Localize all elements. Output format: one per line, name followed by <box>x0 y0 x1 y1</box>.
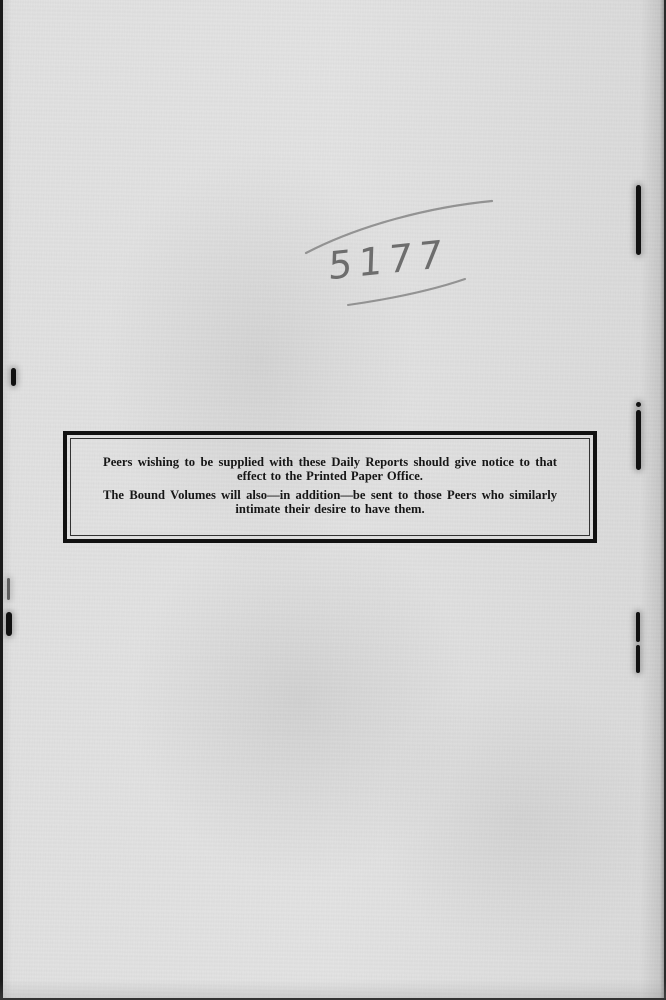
binding-mark <box>11 368 16 386</box>
binding-mark <box>636 410 641 470</box>
notice-paragraph-bound-volumes: The Bound Volumes will also—in addition—… <box>67 488 593 516</box>
notice-paragraph-supply: Peers wishing to be supplied with these … <box>67 455 593 483</box>
notice-box: Peers wishing to be supplied with these … <box>63 431 597 543</box>
page-left-edge <box>0 0 3 1000</box>
binding-mark <box>7 578 10 600</box>
binding-mark <box>636 185 641 255</box>
document-page: 5177 Peers wishing to be supplied with t… <box>0 0 666 1000</box>
binding-mark <box>6 612 12 636</box>
binding-mark <box>636 402 641 407</box>
binding-mark <box>636 612 640 642</box>
notice-text: Peers wishing to be supplied with these … <box>67 455 593 521</box>
page-bottom-shadow <box>0 980 666 1000</box>
binding-mark <box>636 645 640 673</box>
